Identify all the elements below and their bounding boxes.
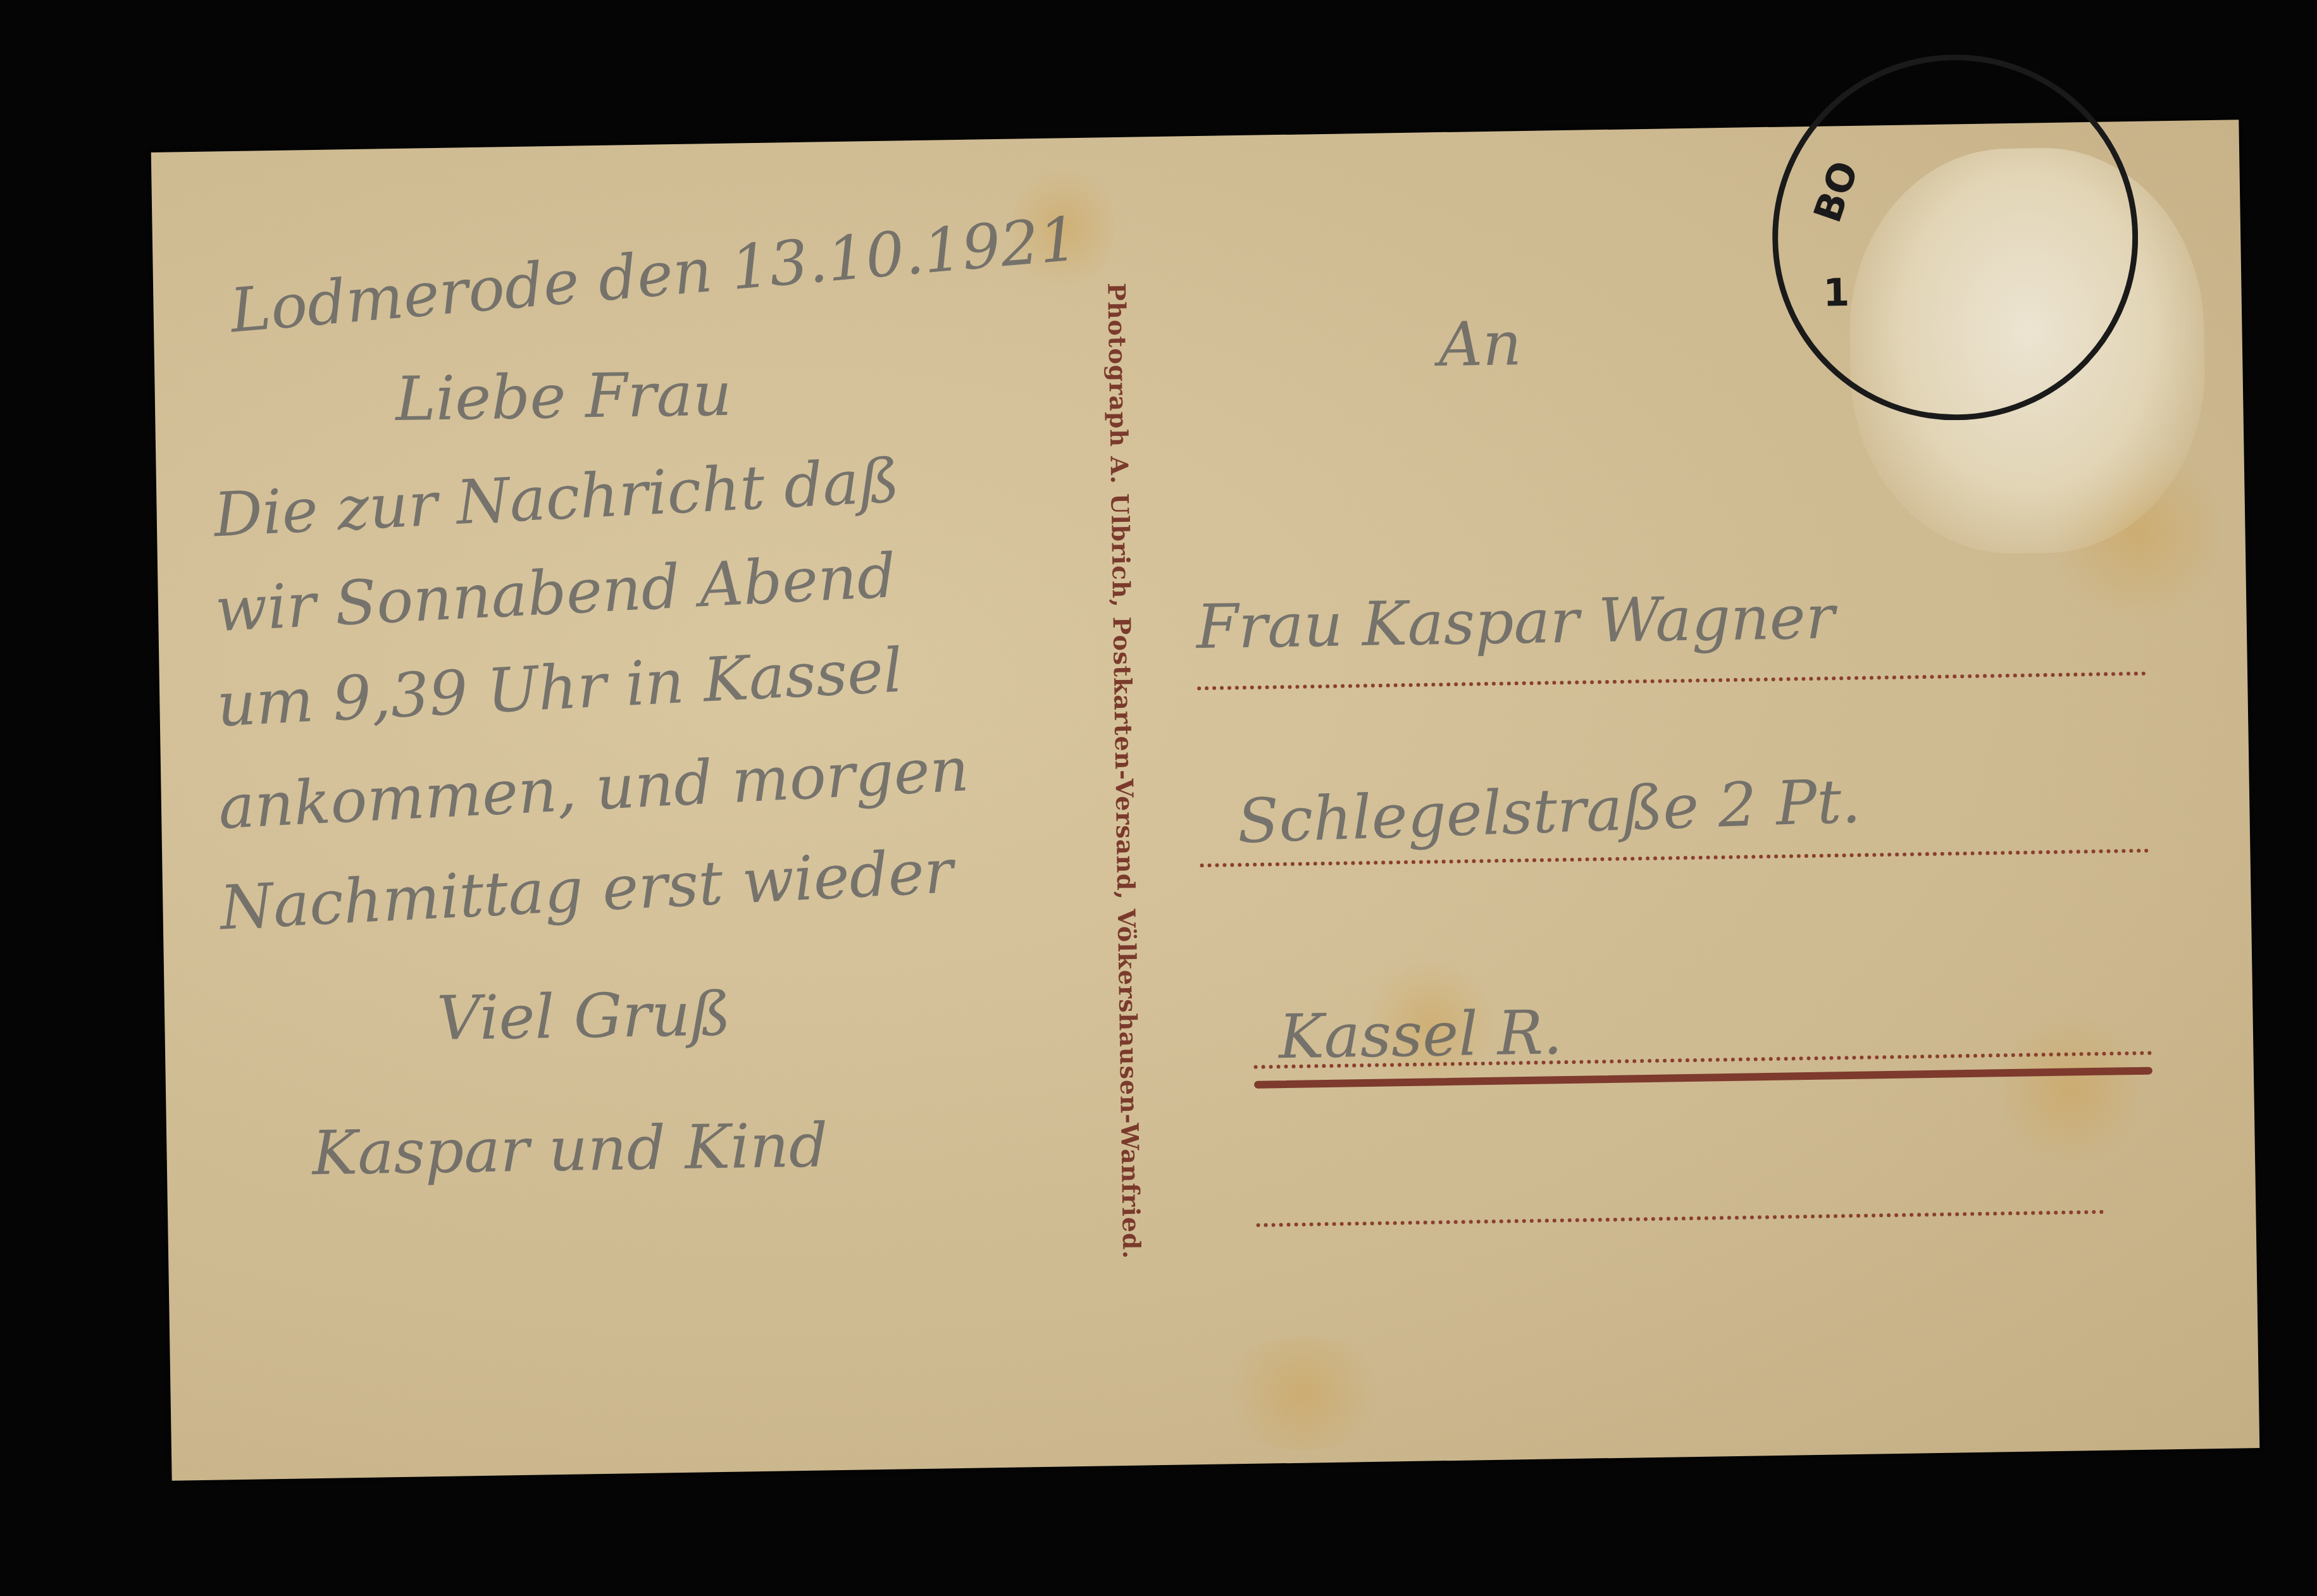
printed-credit: Photograph A. Ulbrich, Postkarten-Versan… <box>1102 283 1146 1259</box>
postmark-date: 1 <box>1823 271 1850 316</box>
message-line: ankommen, und morgen <box>217 734 971 843</box>
foxing-stain <box>1214 1335 1393 1451</box>
address-rule <box>1197 672 2146 691</box>
message-line: wir Sonnabend Abend <box>214 540 898 645</box>
foxing-stain <box>1999 1007 2141 1173</box>
message-signature: Kaspar und Kind <box>312 1110 828 1189</box>
address-rule <box>1257 1210 2104 1227</box>
address-line: Frau Kaspar Wagner <box>1196 581 1836 662</box>
message-closing: Viel Gruß <box>436 979 731 1054</box>
message-line: um 9,39 Uhr in Kassel <box>215 635 904 741</box>
postcard: BO 1 Photograph A. Ulbrich, Postkarten-V… <box>151 120 2260 1481</box>
message-header: Lodmerode den 13.10.1921 <box>228 203 1081 346</box>
postmark-text: BO <box>1805 156 1867 228</box>
message-line: Die zur Nachricht daß <box>212 445 901 551</box>
message-salutation: Liebe Frau <box>395 359 732 435</box>
message-line: Nachmittag erst wieder <box>218 836 955 944</box>
address-line: Schlegelstraße 2 Pt. <box>1236 765 1862 857</box>
address-prefix: An <box>1438 308 1522 380</box>
